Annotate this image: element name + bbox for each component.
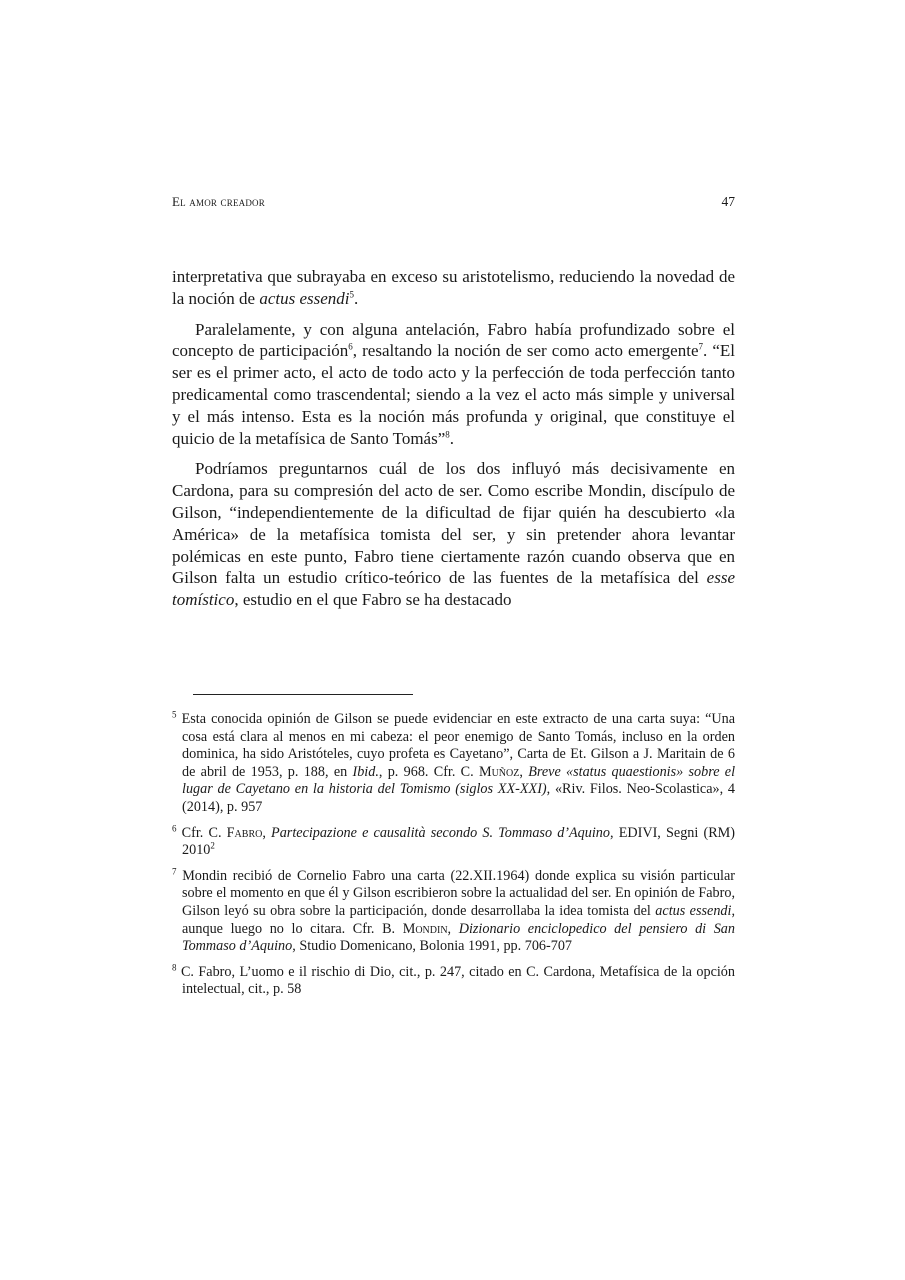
main-text: interpretativa que subrayaba en exceso s… [172,266,735,620]
text: , Studio Domenicano, Bolonia 1991, pp. 7… [292,938,572,954]
running-title: El amor creador [172,194,265,210]
text: , estudio en el que Fabro se ha destacad… [234,590,511,609]
author-name: Fabro [227,825,263,841]
footnote-number: 6 [172,823,177,833]
text: Cfr. C. [182,825,227,841]
italic-text: Ibid. [352,764,378,780]
paragraph-1: interpretativa que subrayaba en exceso s… [172,266,735,310]
text: Podríamos preguntarnos cuál de los dos i… [172,459,735,587]
paragraph-3: Podríamos preguntarnos cuál de los dos i… [172,458,735,611]
footnote-7: 7 Mondin recibió de Cornelio Fabro una c… [172,868,735,956]
text: Mondin recibió de Cornelio Fabro una car… [182,868,735,919]
footnote-number: 5 [172,709,177,719]
text: , [262,825,271,841]
footnote-8: 8 C. Fabro, L’uomo e il rischio di Dio, … [172,964,735,999]
page-number: 47 [722,194,736,210]
paragraph-2: Paralelamente, y con alguna antelación, … [172,319,735,450]
footnote-number: 8 [172,962,177,972]
footnote-separator [193,694,413,695]
footnotes: 5 Esta conocida opinión de Gilson se pue… [172,711,735,1007]
italic-term: actus essendi [655,903,731,919]
work-title: Partecipazione e causalità secondo S. To… [271,825,610,841]
footnote-number: 7 [172,866,177,876]
running-header: El amor creador 47 [172,194,735,210]
text: interpretativa que subrayaba en exceso s… [172,267,735,308]
text: . [450,429,454,448]
text: . [354,289,358,308]
italic-term: actus essendi [259,289,349,308]
text: , [519,764,528,780]
text: , resaltando la noción de ser como acto … [353,341,699,360]
footnote-6: 6 Cfr. C. Fabro, Partecipazione e causal… [172,825,735,860]
author-name: Muñoz [479,764,519,780]
text: , p. 968. Cfr. C. [379,764,479,780]
text: , [448,921,459,937]
edition-number: 2 [210,840,215,850]
footnote-5: 5 Esta conocida opinión de Gilson se pue… [172,711,735,817]
author-name: Mondin [403,921,448,937]
text: C. Fabro, L’uomo e il rischio di Dio, ci… [181,964,735,998]
